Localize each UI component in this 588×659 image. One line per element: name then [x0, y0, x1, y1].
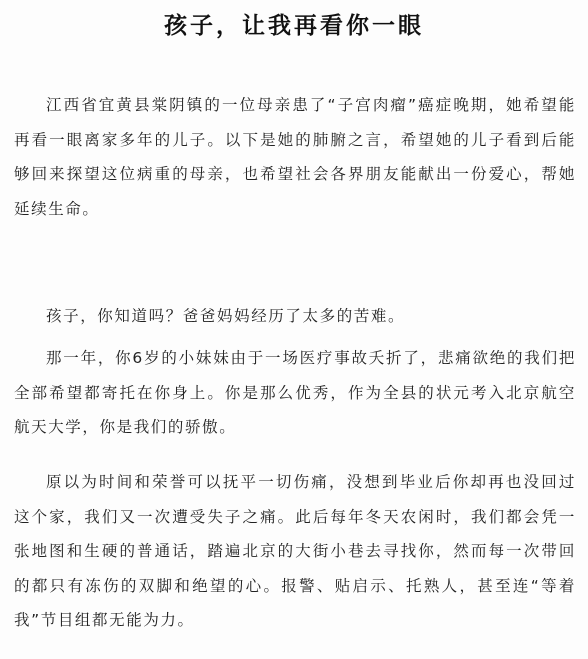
intro-paragraph: 江西省宜黄县棠阴镇的一位母亲患了“子宫肉瘤”癌症晚期，她希望能再看一眼离家多年的… [14, 88, 576, 226]
letter-paragraph-1: 孩子，你知道吗？爸爸妈妈经历了太多的苦难。 [14, 299, 576, 334]
letter-paragraph-2: 那一年，你6岁的小妹妹由于一场医疗事故夭折了，悲痛欲绝的我们把全部希望都寄托在你… [14, 341, 576, 445]
letter-title: 孩子，让我再看你一眼 [0, 7, 588, 40]
handwritten-letter-page: 孩子，让我再看你一眼 江西省宜黄县棠阴镇的一位母亲患了“子宫肉瘤”癌症晚期，她希… [0, 0, 588, 659]
letter-paragraph-3: 原以为时间和荣誉可以抚平一切伤痛，没想到毕业后你却再也没回过这个家，我们又一次遭… [14, 465, 576, 638]
